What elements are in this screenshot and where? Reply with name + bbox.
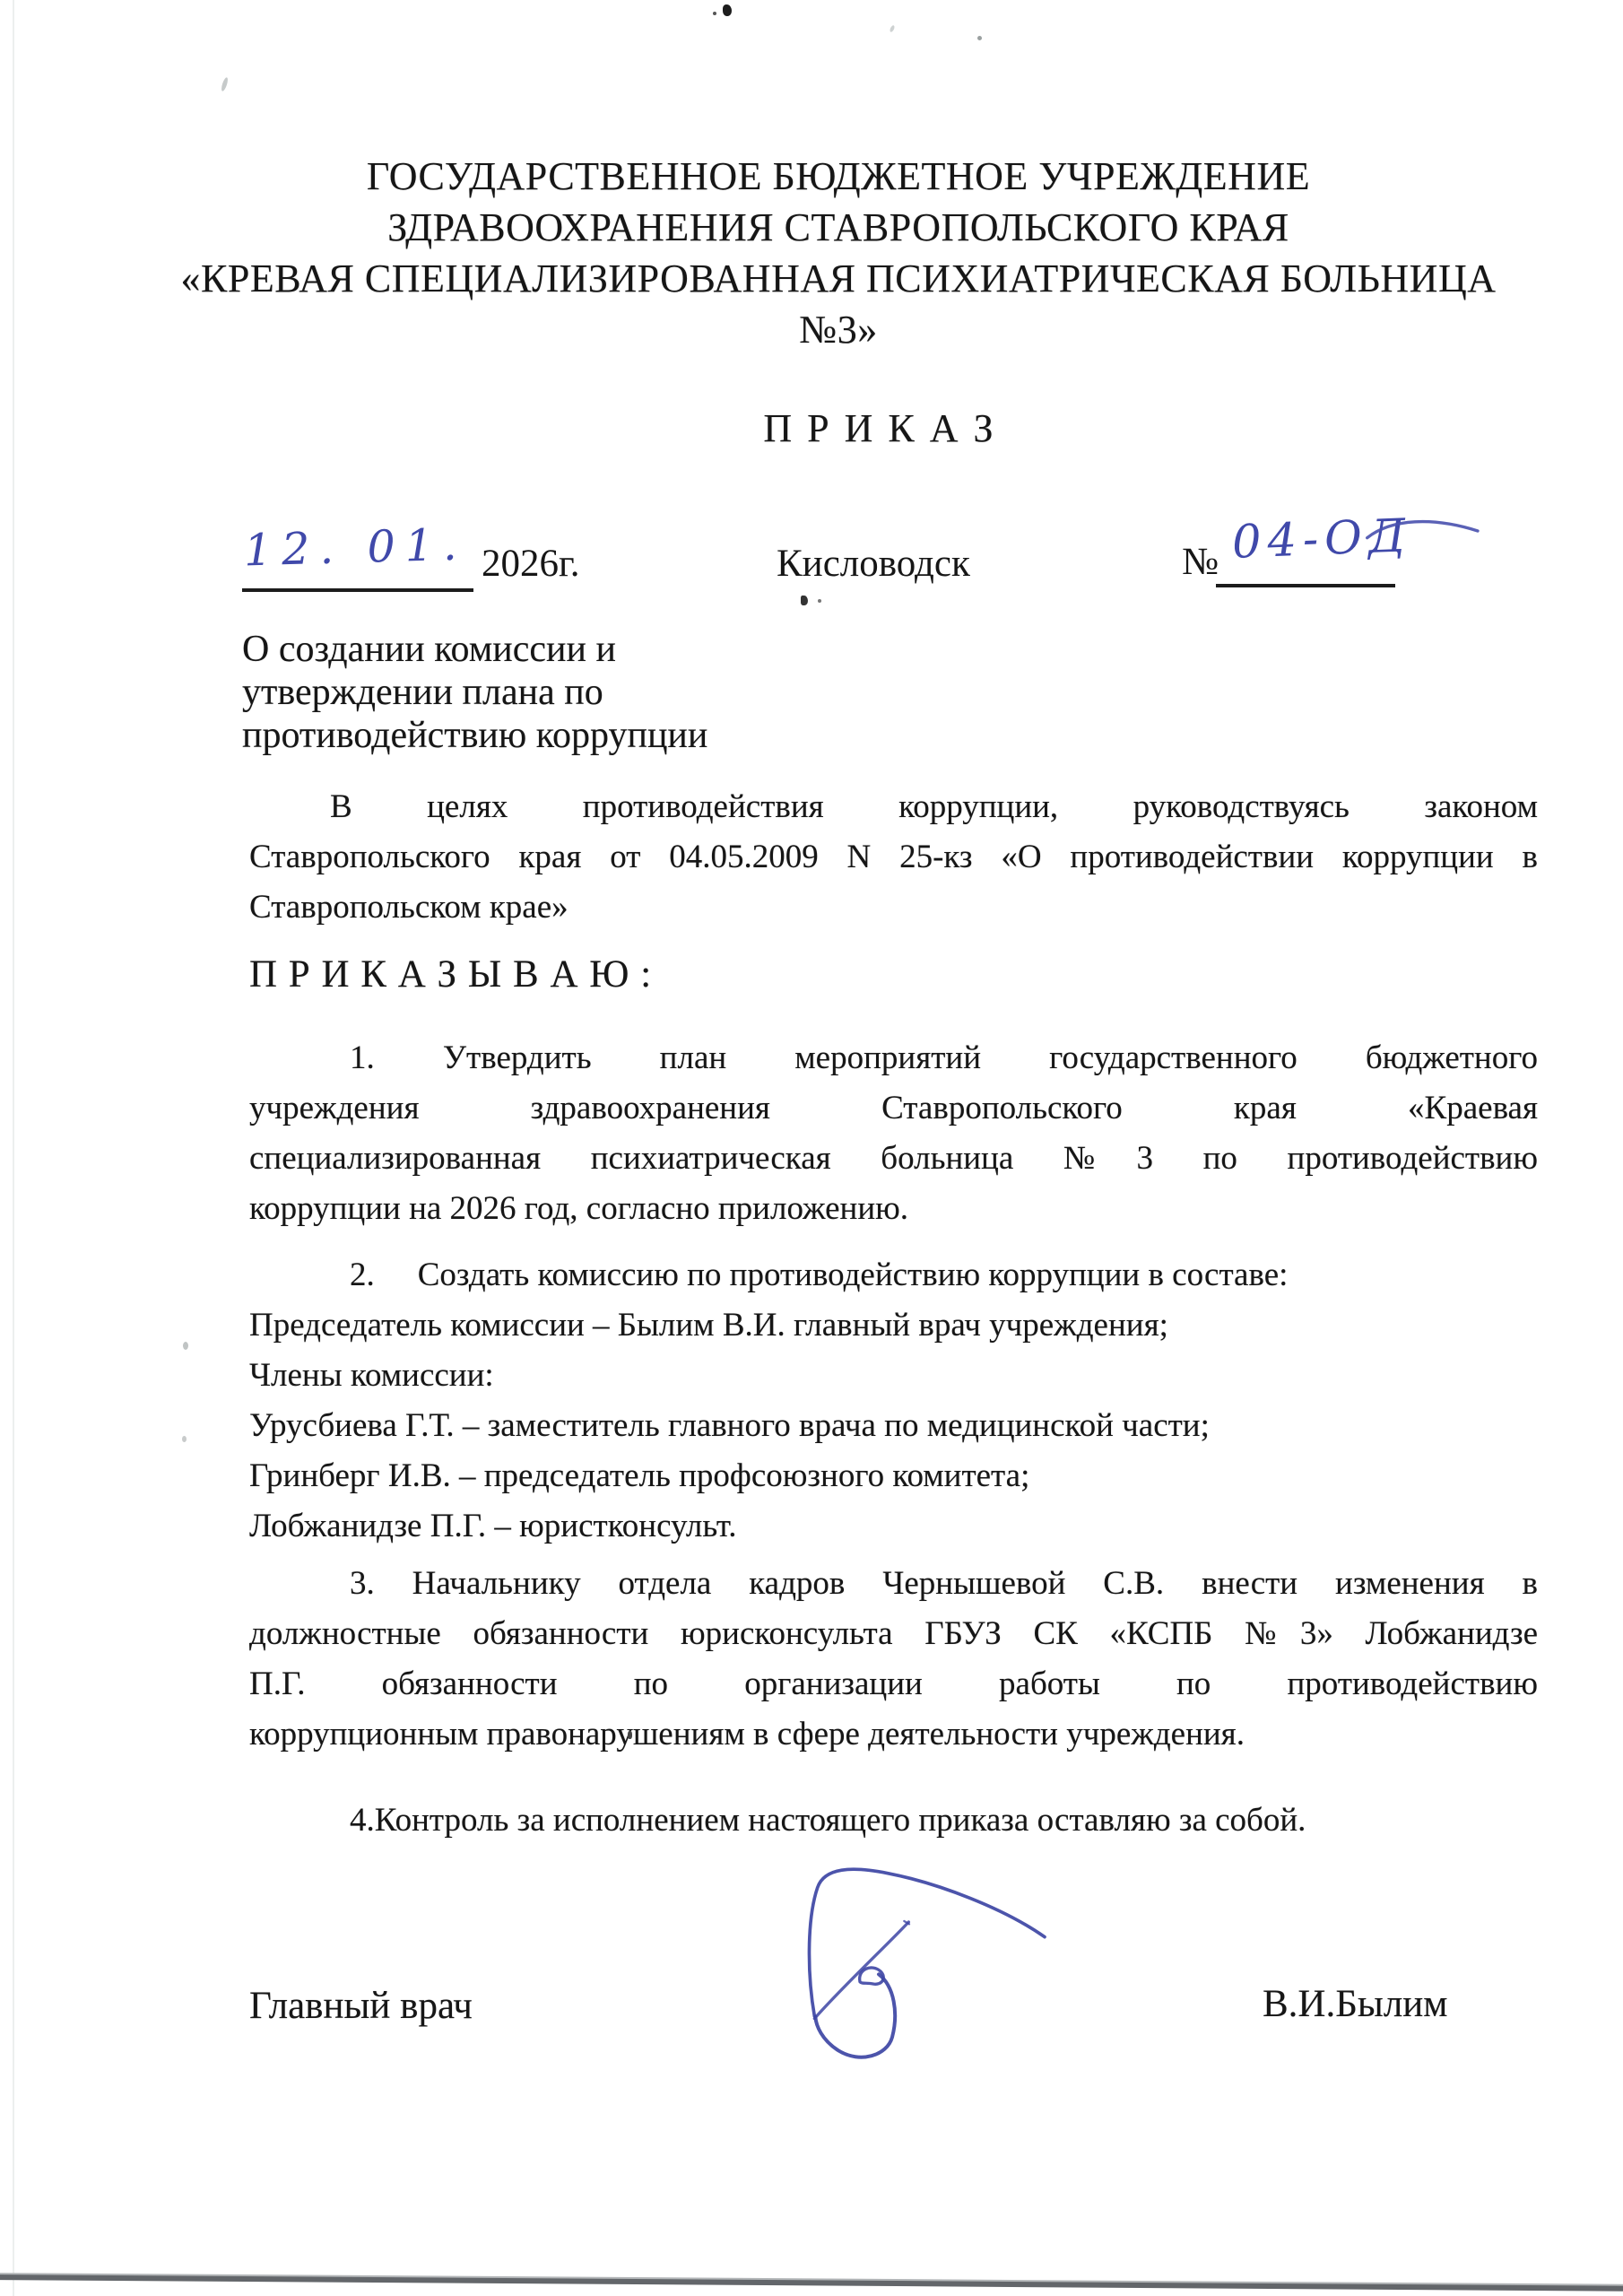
scan-artifact [723, 4, 732, 16]
commission-member-line: Председатель комиссии – Былим В.И. главн… [249, 1300, 1538, 1351]
ink-flourish [1365, 509, 1481, 559]
paragraph-line: П.Г. обязанности по организации работы п… [249, 1659, 1538, 1709]
number-underline [1216, 584, 1395, 587]
paragraph-line: специализированная психиатрическая больн… [249, 1134, 1538, 1184]
scan-artifact [182, 1436, 187, 1442]
subject-line: утверждении плана по [242, 671, 924, 714]
document-title: П Р И К А З [136, 405, 1623, 451]
org-name-line: «КРЕВАЯ СПЕЦИАЛИЗИРОВАННАЯ ПСИХИАТРИЧЕСК… [85, 253, 1592, 304]
order-item-3: 3. Начальнику отдела кадров Чернышевой С… [249, 1559, 1538, 1760]
commission-member-line: Урусбиева Г.Т. – заместитель главного вр… [249, 1401, 1538, 1451]
order-item-4: 4.Контроль за исполнением настоящего при… [249, 1796, 1538, 1846]
scan-artifact [818, 599, 821, 603]
paragraph-line: 2.Создать комиссию по противодействию ко… [249, 1250, 1623, 1300]
resolve-word: П Р И К А З Ы В А Ю : [249, 952, 652, 996]
scanned-document-page: ГОСУДАРСТВЕННОЕ БЮДЖЕТНОЕ УЧРЕЖДЕНИЕ ЗДР… [0, 0, 1623, 2296]
paragraph-line: Ставропольского края от 04.05.2009 N 25-… [249, 832, 1538, 883]
scan-bottom-edge [0, 2274, 1623, 2292]
scan-artifact [713, 12, 716, 15]
commission-member-line: Лобжанидзе П.Г. – юристконсульт. [249, 1501, 1538, 1552]
scan-page-edge [13, 0, 14, 2296]
org-name-line: ЗДРАВООХРАНЕНИЯ СТАВРОПОЛЬСКОГО КРАЯ [85, 202, 1592, 253]
commission-member-line: Члены комиссии: [249, 1351, 1538, 1401]
paragraph-line: 1. Утвердить план мероприятий государств… [249, 1033, 1538, 1083]
paragraph-line: 4.Контроль за исполнением настоящего при… [249, 1796, 1538, 1846]
subject-block: О создании комиссии и утверждении плана … [242, 628, 924, 757]
paragraph-line: учреждения здравоохранения Ставропольско… [249, 1083, 1538, 1134]
paragraph-line: В целях противодействия коррупции, руков… [249, 782, 1538, 832]
scan-artifact [889, 25, 895, 33]
paragraph-line: 3. Начальнику отдела кадров Чернышевой С… [249, 1559, 1538, 1609]
number-sign: № [1182, 540, 1219, 584]
scan-artifact [221, 77, 230, 92]
paragraph-line: должностные обязанности юрисконсульта ГБ… [249, 1609, 1538, 1659]
scan-artifact [628, 1731, 632, 1739]
scan-artifact [977, 36, 982, 40]
paragraph-line: коррупции на 2026 год, согласно приложен… [249, 1184, 1538, 1234]
subject-line: О создании комиссии и [242, 628, 924, 671]
signer-position: Главный врач [249, 1984, 473, 2028]
signer-name: В.И.Былим [1263, 1982, 1448, 2026]
item-number: 2. [350, 1257, 375, 1293]
order-item-1: 1. Утвердить план мероприятий государств… [249, 1033, 1538, 1234]
order-item-2: 2.Создать комиссию по противодействию ко… [249, 1250, 1538, 1552]
city-label: Кисловодск [777, 542, 970, 586]
paragraph-line: коррупционным правонарушениям в сфере де… [249, 1709, 1538, 1760]
date-underline [242, 588, 473, 592]
item-text: Создать комиссию по противодействию корр… [418, 1257, 1289, 1293]
paragraph-line: Ставропольском крае» [249, 883, 1538, 933]
subject-line: противодействию коррупции [242, 714, 924, 757]
year-label: 2026г. [482, 542, 580, 586]
org-name-block: ГОСУДАРСТВЕННОЕ БЮДЖЕТНОЕ УЧРЕЖДЕНИЕ ЗДР… [85, 151, 1592, 355]
commission-member-line: Гринберг И.В. – председатель профсоюзног… [249, 1451, 1538, 1501]
org-name-line: ГОСУДАРСТВЕННОЕ БЮДЖЕТНОЕ УЧРЕЖДЕНИЕ [85, 151, 1592, 202]
signature-ink [789, 1846, 1112, 2115]
scan-artifact [183, 1342, 188, 1350]
handwritten-date: 12. 01. [243, 519, 467, 577]
intro-paragraph: В целях противодействия коррупции, руков… [249, 782, 1538, 933]
scan-artifact [801, 596, 808, 605]
org-name-line: №3» [85, 304, 1592, 355]
